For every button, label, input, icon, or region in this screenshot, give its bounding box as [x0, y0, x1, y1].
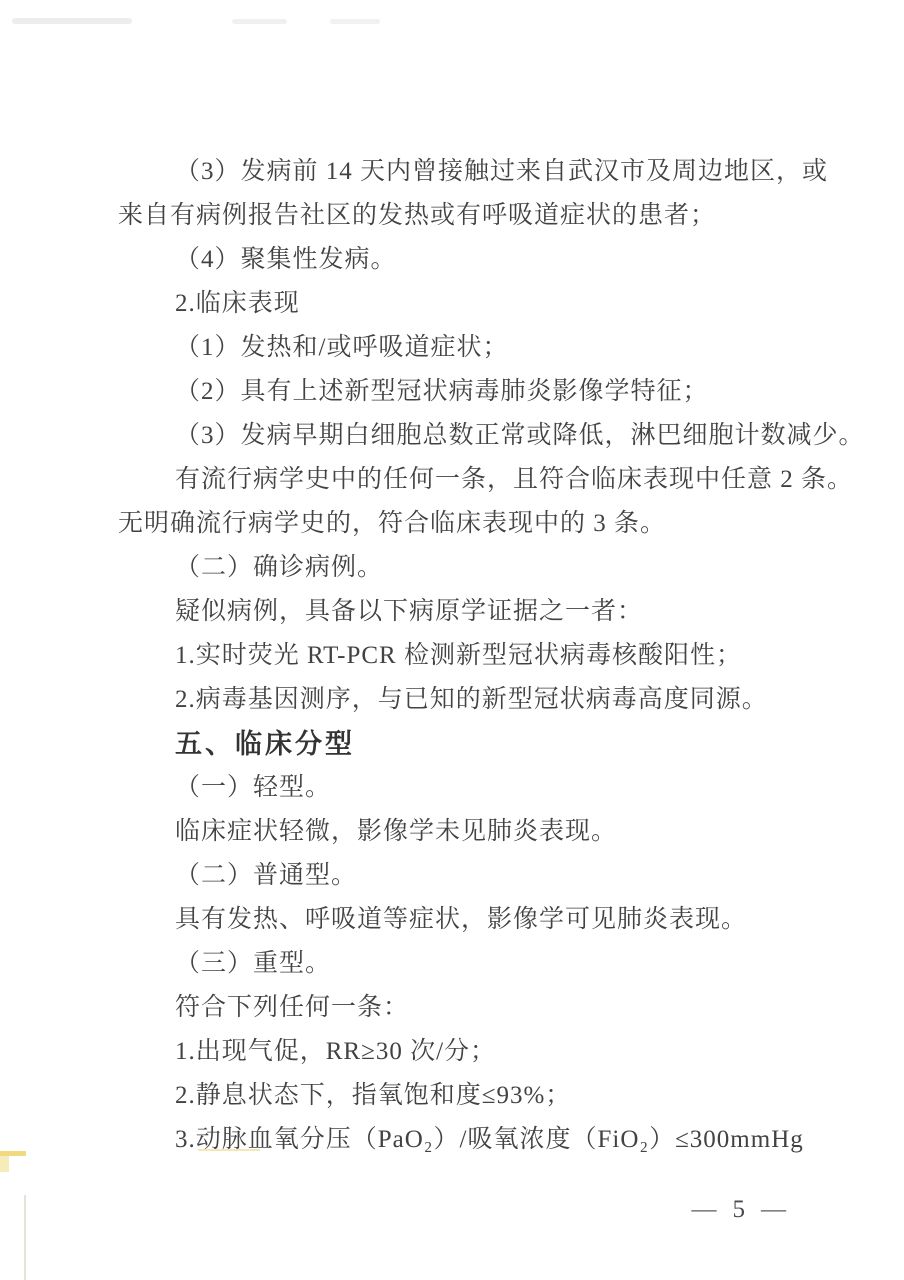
doc-line: （一）轻型。 [118, 766, 794, 810]
doc-line: 有流行病学史中的任何一条，且符合临床表现中任意 2 条。 [118, 458, 794, 502]
doc-line: （三）重型。 [118, 942, 794, 986]
page-number: — 5 — [692, 1196, 787, 1224]
scan-artifact [0, 1156, 9, 1172]
doc-line: 1.出现气促，RR≥30 次/分； [118, 1030, 794, 1074]
doc-line: （二）确诊病例。 [118, 546, 794, 590]
doc-line: 来自有病例报告社区的发热或有呼吸道症状的患者； [118, 194, 794, 238]
scan-artifact [330, 19, 380, 24]
footer-page-digit: 5 [733, 1196, 746, 1224]
doc-line: 2.临床表现 [118, 282, 794, 326]
doc-line: （二）普通型。 [118, 854, 794, 898]
document-text-block: （3）发病前 14 天内曾接触过来自武汉市及周边地区，或 来自有病例报告社区的发… [118, 150, 794, 1162]
document-page: （3）发病前 14 天内曾接触过来自武汉市及周边地区，或 来自有病例报告社区的发… [0, 0, 904, 1280]
doc-line: 具有发热、呼吸道等症状，影像学可见肺炎表现。 [118, 898, 794, 942]
doc-line: 1.实时荧光 RT-PCR 检测新型冠状病毒核酸阳性； [118, 634, 794, 678]
doc-line: 2.病毒基因测序，与已知的新型冠状病毒高度同源。 [118, 678, 794, 722]
scan-artifact [0, 1151, 26, 1156]
footer-dash-right: — [761, 1196, 786, 1224]
doc-line: 临床症状轻微，影像学未见肺炎表现。 [118, 810, 794, 854]
doc-line: 3.动脉血氧分压（PaO₂）/吸氧浓度（FiO₂）≤300mmHg [118, 1118, 794, 1162]
footer-dash-left: — [692, 1196, 717, 1224]
doc-line: 符合下列任何一条： [118, 986, 794, 1030]
doc-line: 疑似病例，具备以下病原学证据之一者： [118, 590, 794, 634]
doc-line: 2.静息状态下，指氧饱和度≤93%； [118, 1074, 794, 1118]
doc-line: （3）发病前 14 天内曾接触过来自武汉市及周边地区，或 [118, 150, 794, 194]
scan-artifact [24, 1195, 26, 1280]
doc-line: （3）发病早期白细胞总数正常或降低，淋巴细胞计数减少。 [118, 414, 794, 458]
scan-artifact [12, 18, 132, 24]
doc-line: （4）聚集性发病。 [118, 238, 794, 282]
section-heading: 五、临床分型 [118, 722, 794, 766]
doc-line: （2）具有上述新型冠状病毒肺炎影像学特征； [118, 370, 794, 414]
doc-line: （1）发热和/或呼吸道症状； [118, 326, 794, 370]
scan-artifact [232, 19, 287, 24]
doc-line: 无明确流行病学史的，符合临床表现中的 3 条。 [118, 502, 794, 546]
